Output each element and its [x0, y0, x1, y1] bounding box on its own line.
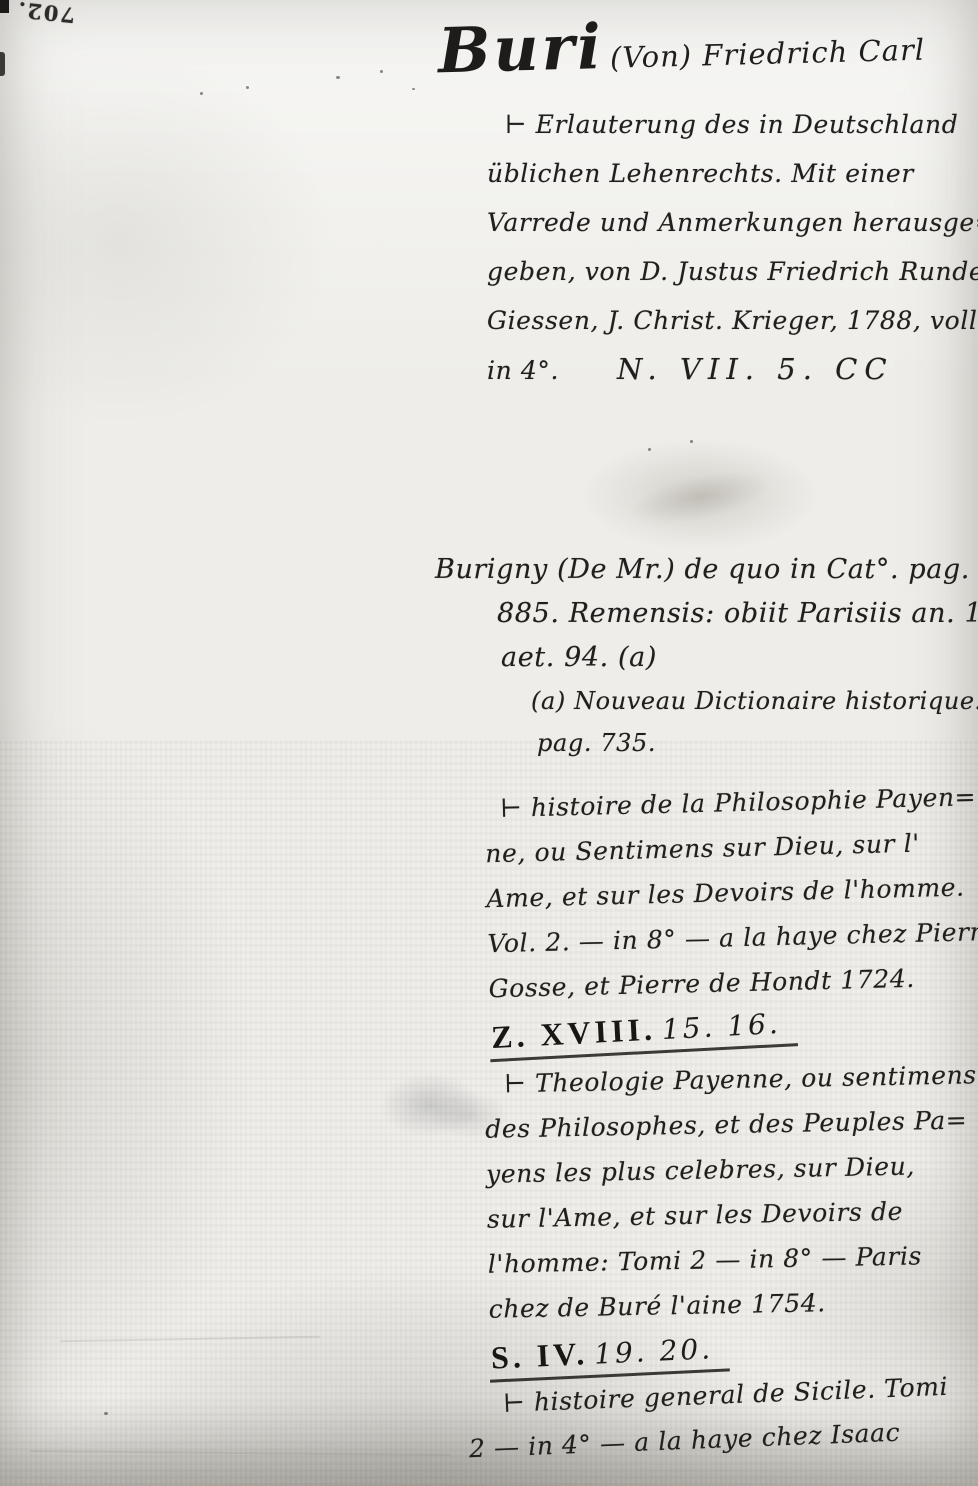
shelfmark-label: S. IV. [490, 1335, 589, 1376]
footnote-line: pag. 735. [435, 722, 978, 764]
format-note: in 4°. [487, 356, 559, 385]
ink-speck [380, 70, 383, 73]
shelfmark-numbers: 19. 20. [593, 1332, 713, 1371]
entry-theologie: ⊢ Theologie Payenne, ou sentimens des Ph… [484, 1052, 978, 1382]
ink-speck [336, 76, 340, 79]
manuscript-line: yens les plus celebres, sur Dieu, [486, 1142, 978, 1196]
manuscript-line: Giessen, J. Christ. Krieger, 1788, voll.… [487, 296, 978, 345]
ink-speck [200, 92, 203, 95]
ink-speck [246, 86, 249, 89]
manuscript-line: chez de Buré l'aine 1754. [488, 1277, 978, 1331]
manuscript-line: in 4°.N. VII. 5. CC [487, 345, 978, 395]
ink-speck [648, 448, 651, 451]
entry-burigny: Burigny (De Mr.) de quo in Cat°. pag. 88… [435, 548, 978, 764]
paper-streak [30, 1450, 450, 1456]
entry-histoire-philosophie: ⊢ histoire de la Philosophie Payen= ne, … [484, 774, 978, 1062]
footnote-line: (a) Nouveau Dictionaire historique: tom.… [435, 680, 978, 722]
heading-surname: Buri [437, 10, 605, 87]
ink-speck [690, 440, 693, 443]
shelfmark-numbers: 15. 16. [661, 1007, 782, 1046]
manuscript-line: aet. 94. (a) [435, 636, 978, 680]
manuscript-line: üblichen Lehenrechts. Mit einer [487, 149, 978, 198]
manuscript-line: 885. Remensis: obiit Parisiis an. 1785. [435, 592, 978, 636]
manuscript-line: geben, von D. Justus Friedrich Runde. [487, 247, 978, 296]
entry-histoire-sicile: ⊢ histoire general de Sicile. Tomi 2 — i… [466, 1365, 950, 1471]
scan-edge-mark [0, 52, 5, 76]
ink-speck [104, 1412, 108, 1415]
entry-erlauterung: ⊢ Erlauterung des in Deutschland übliche… [487, 100, 978, 395]
ink-speck [412, 88, 415, 90]
shelfmark-label: Z. XVIII. [490, 1011, 657, 1056]
manuscript-line: Burigny (De Mr.) de quo in Cat°. pag. [435, 548, 978, 592]
heading-qualifier: (Von) Friedrich Carl [610, 33, 926, 75]
entry-heading: Buri(Von) Friedrich Carl [437, 2, 926, 88]
paper-streak [60, 1336, 320, 1343]
manuscript-line: Varrede und Anmerkungen herausge= [487, 198, 978, 247]
bleedthrough-page-number: 702. [15, 0, 76, 28]
scan-edge-mark [0, 0, 9, 13]
manuscript-line: ⊢ Erlauterung des in Deutschland [487, 100, 978, 149]
shelfmark: Z. XVIII.15. 16. [488, 1003, 798, 1062]
manuscript-line: l'homme: Tomi 2 — in 8° — Paris [487, 1232, 978, 1286]
shelfmark: N. VII. 5. CC [617, 352, 894, 386]
manuscript-page: 702. Buri(Von) Friedrich Carl ⊢ Erlauter… [0, 0, 978, 1486]
ink-smudge-stain [606, 452, 794, 543]
